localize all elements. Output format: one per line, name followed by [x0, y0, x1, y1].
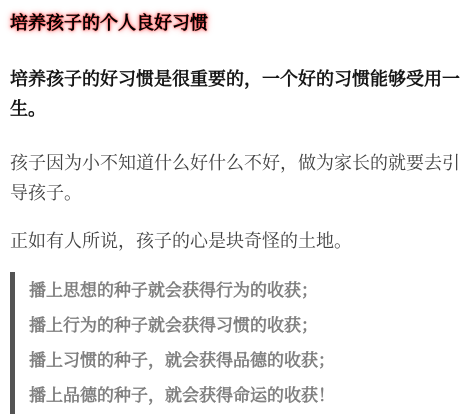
article-title: 培养孩子的个人良好习惯	[10, 10, 462, 36]
quote-line-3: 播上习惯的种子，就会获得品德的收获；	[29, 343, 462, 378]
quote-line-2: 播上行为的种子就会获得习惯的收获；	[29, 308, 462, 343]
lead-paragraph: 培养孩子的好习惯是很重要的，一个好的习惯能够受用一生。	[10, 64, 462, 124]
quote-line-1: 播上思想的种子就会获得行为的收获；	[29, 273, 462, 308]
quote-line-4: 播上品德的种子，就会获得命运的收获！	[29, 378, 462, 413]
body-paragraph-1: 孩子因为小不知道什么好什么不好，做为家长的就要去引导孩子。	[10, 148, 462, 208]
article: 培养孩子的个人良好习惯 培养孩子的好习惯是很重要的，一个好的习惯能够受用一生。 …	[0, 0, 472, 414]
body-paragraph-2: 正如有人所说，孩子的心是块奇怪的土地。	[10, 226, 462, 256]
quote-block: 播上思想的种子就会获得行为的收获； 播上行为的种子就会获得习惯的收获； 播上习惯…	[10, 272, 462, 414]
